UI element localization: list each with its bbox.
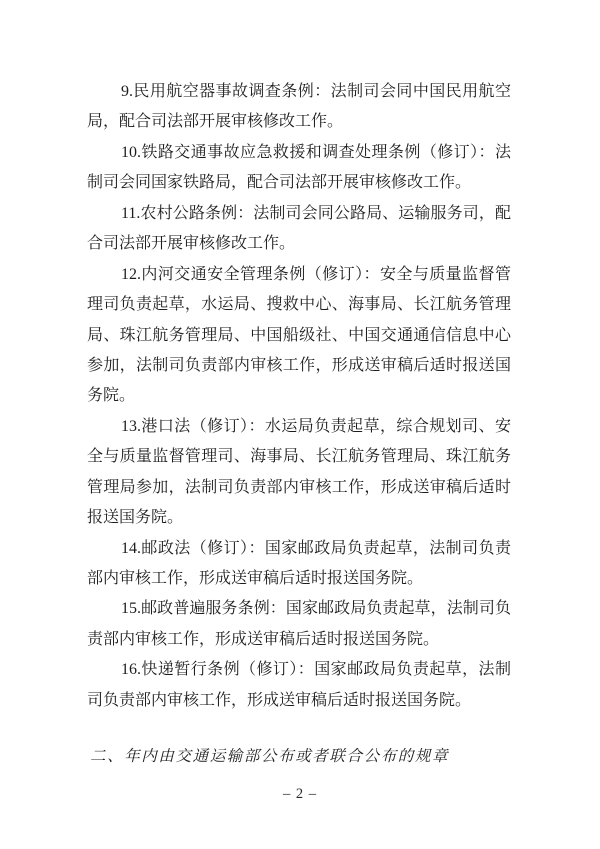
ordinance-item-14: 14.邮政法（修订）：国家邮政局负责起草，法制司负责 部内审核工作，形成送审稿后… [87,534,511,595]
text-line: 理司负责起草，水运局、搜救中心、海事局、长江航务管理 [87,290,511,320]
text-line: 局、珠江航务管理局、中国船级社、中国交通通信信息中心 [87,321,511,351]
ordinance-item-13: 13.港口法（修订）：水运局负责起草，综合规划司、安 全与质量监督管理司、海事局… [87,412,511,534]
text-line: 16.快递暂行条例（修订）：国家邮政局负责起草，法制 [87,655,511,685]
text-line: 管理局参加，法制司负责部内审核工作，形成送审稿后适时 [87,473,511,503]
text-line: 责部内审核工作，形成送审稿后适时报送国务院。 [87,625,511,655]
text-line: 局，配合司法部开展审核修改工作。 [87,107,511,137]
text-line: 10.铁路交通事故应急救援和调查处理条例（修订）：法 [87,138,511,168]
ordinance-item-10: 10.铁路交通事故应急救援和调查处理条例（修订）：法 制司会同国家铁路局，配合司… [87,138,511,199]
text-line: 11.农村公路条例：法制司会同公路局、运输服务司，配 [87,199,511,229]
ordinance-item-16: 16.快递暂行条例（修订）：国家邮政局负责起草，法制 司负责部内审核工作，形成送… [87,655,511,716]
text-line: 制司会同国家铁路局，配合司法部开展审核修改工作。 [87,168,511,198]
text-line: 务院。 [87,381,511,411]
text-line: 12.内河交通安全管理条例（修订）：安全与质量监督管 [87,260,511,290]
document-page: 9.民用航空器事故调查条例：法制司会同中国民用航空 局，配合司法部开展审核修改工… [0,0,600,849]
text-line: 部内审核工作，形成送审稿后适时报送国务院。 [87,564,511,594]
ordinance-item-9: 9.民用航空器事故调查条例：法制司会同中国民用航空 局，配合司法部开展审核修改工… [87,77,511,138]
ordinance-item-12: 12.内河交通安全管理条例（修订）：安全与质量监督管 理司负责起草，水运局、搜救… [87,260,511,412]
body-text: 9.民用航空器事故调查条例：法制司会同中国民用航空 局，配合司法部开展审核修改工… [87,77,511,716]
text-line: 报送国务院。 [87,503,511,533]
text-line: 司负责部内审核工作，形成送审稿后适时报送国务院。 [87,686,511,716]
text-line: 合司法部开展审核修改工作。 [87,229,511,259]
text-line: 全与质量监督管理司、海事局、长江航务管理局、珠江航务 [87,442,511,472]
ordinance-item-15: 15.邮政普遍服务条例：国家邮政局负责起草，法制司负 责部内审核工作，形成送审稿… [87,594,511,655]
text-line: 14.邮政法（修订）：国家邮政局负责起草，法制司负责 [87,534,511,564]
text-line: 13.港口法（修订）：水运局负责起草，综合规划司、安 [87,412,511,442]
ordinance-item-11: 11.农村公路条例：法制司会同公路局、运输服务司，配 合司法部开展审核修改工作。 [87,199,511,260]
text-line: 9.民用航空器事故调查条例：法制司会同中国民用航空 [87,77,511,107]
section-heading: 二、年内由交通运输部公布或者联合公布的规章 [90,744,449,770]
page-number: – 2 – [0,786,600,803]
text-line: 参加，法制司负责部内审核工作，形成送审稿后适时报送国 [87,351,511,381]
text-line: 15.邮政普遍服务条例：国家邮政局负责起草，法制司负 [87,594,511,624]
